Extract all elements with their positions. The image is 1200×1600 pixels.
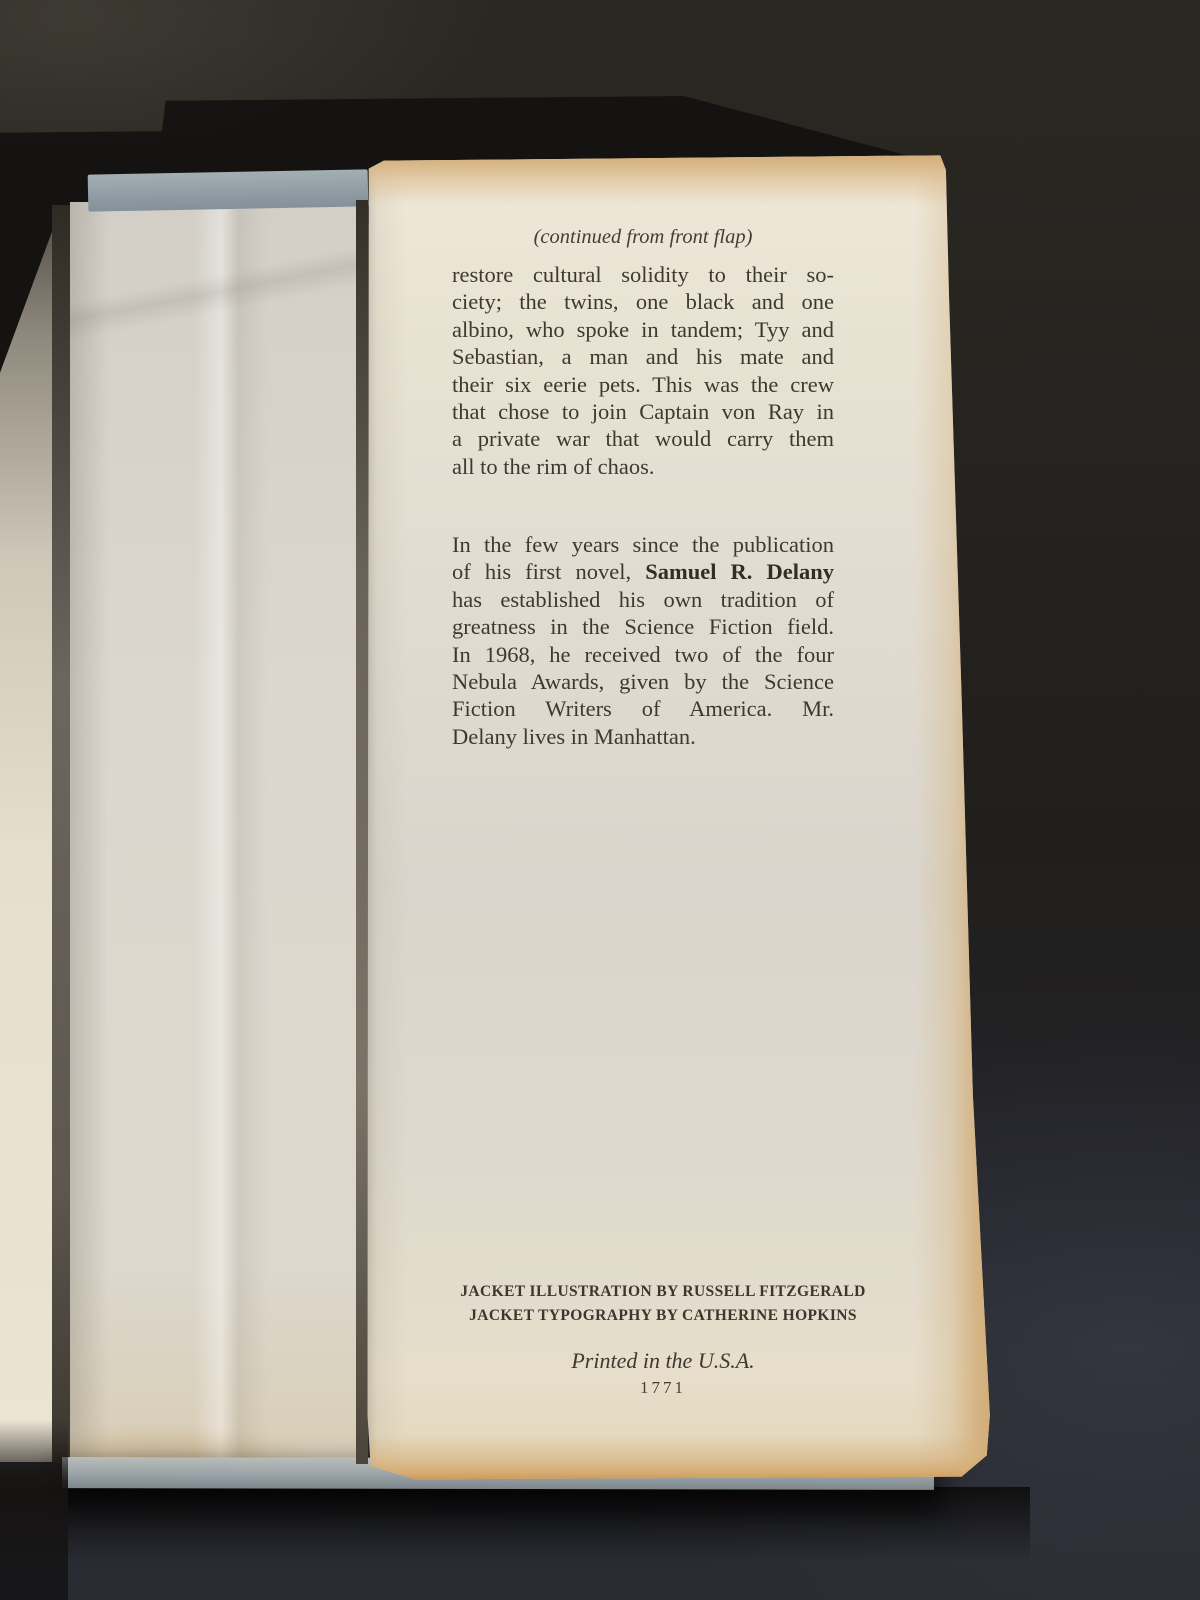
- paragraph-line: In the few years since the publication: [452, 531, 834, 558]
- jacket-typography-credit: JACKET TYPOGRAPHY BY CATHERINE HOPKINS: [450, 1304, 877, 1328]
- paragraph-line: their six eerie pets. This was the crew: [452, 371, 834, 398]
- author-name-bold: Samuel R. Delany: [645, 559, 834, 584]
- endpaper: [70, 202, 366, 1464]
- paragraph-line: restore cultural solidity to their so-: [452, 261, 834, 288]
- dust-jacket-flap: (continued from front flap) restore cult…: [365, 150, 993, 1482]
- paragraph-line: greatness in the Science Fiction field.: [452, 613, 834, 640]
- paragraph-line: Sebastian, a man and his mate and: [452, 343, 834, 370]
- jacket-illustration-credit: JACKET ILLUSTRATION BY RUSSELL FITZGERAL…: [450, 1280, 877, 1304]
- page-edge: [0, 210, 60, 1462]
- flap-paragraph-crew: restore cultural solidity to their so- c…: [452, 261, 834, 480]
- paragraph-line: In 1968, he received two of the four: [452, 641, 834, 668]
- cover-cloth-top-edge: [88, 169, 369, 211]
- paragraph-line: Delany lives in Manhattan.: [452, 723, 834, 750]
- printed-in-usa-line: Printed in the U.S.A.: [443, 1348, 883, 1374]
- book-bottom-shadow: [0, 1487, 1030, 1562]
- paragraph-line: Nebula Awards, given by the Science: [452, 668, 834, 695]
- flap-fold-shadow: [356, 200, 368, 1464]
- paragraph-line: that chose to join Captain von Ray in: [452, 398, 834, 425]
- paragraph-line: a private war that would carry them: [452, 425, 834, 452]
- paragraph-line: has established his own tradition of: [452, 586, 834, 613]
- paragraph-line: ciety; the twins, one black and one: [452, 288, 834, 315]
- flap-paragraph-author-bio: In the few years since the publication o…: [452, 531, 834, 750]
- paragraph-line: all to the rim of chaos.: [452, 453, 834, 480]
- jacket-credits: JACKET ILLUSTRATION BY RUSSELL FITZGERAL…: [443, 1280, 883, 1328]
- line-text: of his first novel,: [452, 559, 631, 584]
- print-code: 1771: [443, 1378, 883, 1398]
- bottom-left-shadow: [0, 1420, 68, 1600]
- paragraph-line: Fiction Writers of America. Mr.: [452, 695, 834, 722]
- paragraph-line: of his first novel, Samuel R. Delany: [452, 558, 834, 585]
- paragraph-line: albino, who spoke in tandem; Tyy and: [452, 316, 834, 343]
- continued-from-front-flap-note: (continued from front flap): [452, 226, 834, 249]
- book-photo-scene: (continued from front flap) restore cult…: [0, 0, 1200, 1600]
